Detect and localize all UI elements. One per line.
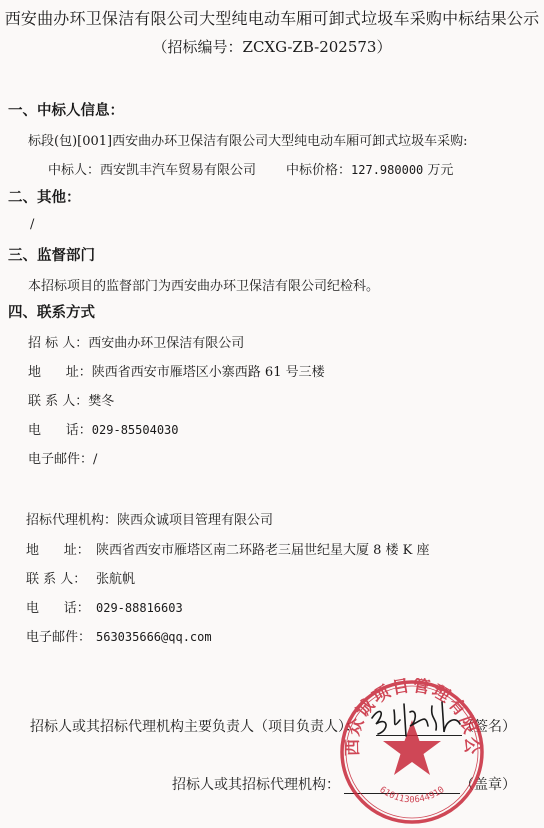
tender-number: （招标编号：ZCXG-ZB-202573） bbox=[0, 36, 544, 57]
tenderer-phone: 029-85504030 bbox=[92, 423, 179, 437]
seal-label: 招标人或其招标代理机构： bbox=[172, 774, 340, 794]
tenderer-name: 西安曲办环卫保洁有限公司 bbox=[88, 336, 244, 351]
agency-email-label: 电子邮件： bbox=[26, 626, 96, 645]
tenderer-address: 陕西省西安市雁塔区小寨西路 61 号三楼 bbox=[92, 365, 325, 380]
tenderer-name-label: 招 标 人： bbox=[28, 332, 88, 351]
price-unit: 万元 bbox=[423, 163, 453, 178]
agency-address-row: 地 址：陕西省西安市雁塔区南二环路老三届世纪星大厦 8 楼 K 座 bbox=[26, 539, 430, 558]
tenderer-email-row: 电子邮件：/ bbox=[28, 448, 97, 467]
lot-line: 标段(包)[001]西安曲办环卫保洁有限公司大型纯电动车厢可卸式垃圾车采购: bbox=[28, 130, 467, 149]
agency-email-row: 电子邮件：563035666@qq.com bbox=[26, 626, 212, 645]
agency-address: 陕西省西安市雁塔区南二环路老三届世纪星大厦 8 楼 K 座 bbox=[96, 543, 430, 558]
agency-contact-row: 联 系 人：张航帆 bbox=[26, 568, 135, 587]
section-heading-supervision: 三、监督部门 bbox=[8, 244, 95, 265]
agency-name-row: 招标代理机构：陕西众诚项目管理有限公司 bbox=[26, 509, 273, 528]
price-row: 中标价格：127.980000 万元 bbox=[286, 159, 453, 178]
tenderer-contact-label: 联 系 人： bbox=[28, 390, 88, 409]
winner-name: 西安凯丰汽车贸易有限公司 bbox=[100, 163, 256, 178]
section-heading-contact: 四、联系方式 bbox=[8, 301, 95, 322]
tenderer-contact: 樊冬 bbox=[88, 394, 114, 409]
section-heading-other: 二、其他： bbox=[8, 186, 81, 207]
agency-contact-label: 联 系 人： bbox=[26, 568, 96, 587]
svg-text:6101130644910: 6101130644910 bbox=[377, 785, 446, 805]
tenderer-address-label: 地 址： bbox=[28, 361, 92, 380]
agency-name-label: 招标代理机构： bbox=[26, 513, 117, 528]
winner-row: 中标人：西安凯丰汽车贸易有限公司 bbox=[48, 159, 256, 178]
tenderer-contact-row: 联 系 人：樊冬 bbox=[28, 390, 114, 409]
winner-label: 中标人： bbox=[48, 163, 100, 178]
tenderer-email: / bbox=[93, 452, 97, 467]
agency-email: 563035666@qq.com bbox=[96, 630, 212, 644]
tenderer-phone-row: 电 话：029-85504030 bbox=[28, 419, 179, 438]
tenderer-email-label: 电子邮件： bbox=[28, 452, 93, 467]
tenderer-address-row: 地 址：陕西省西安市雁塔区小寨西路 61 号三楼 bbox=[28, 361, 325, 380]
other-content: / bbox=[30, 217, 34, 232]
responsible-signature-label: 招标人或其招标代理机构主要负责人（项目负责人）： bbox=[30, 716, 359, 736]
price-label: 中标价格： bbox=[286, 163, 351, 178]
price-value: 127.980000 bbox=[351, 163, 423, 177]
agency-name: 陕西众诚项目管理有限公司 bbox=[117, 513, 273, 528]
handwritten-signature bbox=[366, 690, 466, 746]
tenderer-name-row: 招 标 人：西安曲办环卫保洁有限公司 bbox=[28, 332, 244, 351]
agency-phone: 029-88816603 bbox=[96, 601, 183, 615]
supervision-content: 本招标项目的监督部门为西安曲办环卫保洁有限公司纪检科。 bbox=[28, 275, 379, 294]
agency-contact: 张航帆 bbox=[96, 572, 135, 587]
section-heading-winner: 一、中标人信息： bbox=[8, 99, 124, 120]
agency-phone-label: 电 话： bbox=[26, 597, 96, 616]
tenderer-phone-label: 电 话： bbox=[28, 419, 92, 438]
agency-address-label: 地 址： bbox=[26, 539, 96, 558]
agency-phone-row: 电 话：029-88816603 bbox=[26, 597, 183, 616]
document-title: 西安曲办环卫保洁有限公司大型纯电动车厢可卸式垃圾车采购中标结果公示 bbox=[0, 6, 544, 29]
